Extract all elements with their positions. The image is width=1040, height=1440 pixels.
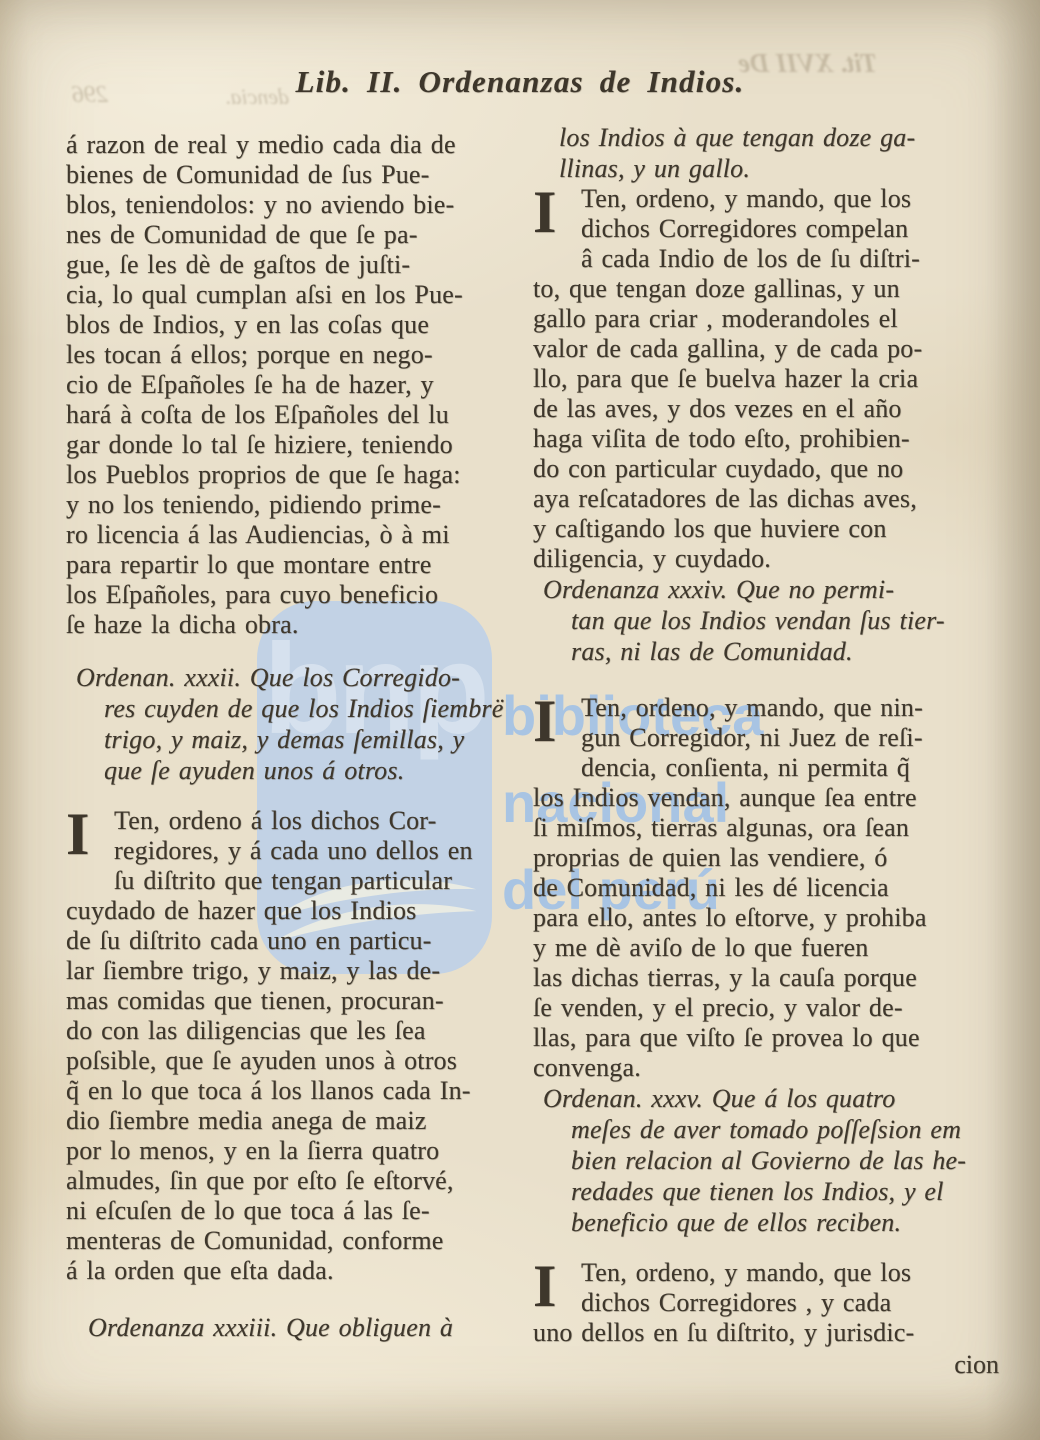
text-line: to, que tengan doze gallinas, y un xyxy=(533,274,1005,304)
text-line: los Pueblos proprios de que ſe haga: xyxy=(66,460,518,490)
text-line: ſu diſtrito que tengan particular xyxy=(66,866,518,896)
text-line: gar donde lo tal ſe hiziere, teniendo xyxy=(66,430,518,460)
text-line: ſi miſmos, tierras algunas, ora ſean xyxy=(533,813,1005,843)
text-line: convenga. xyxy=(533,1053,1005,1083)
ordinance-heading-xxxiv: Ordenanza xxxiv. Que no permi-tan que lo… xyxy=(533,574,1005,667)
text-line: y me dè aviſo de lo que fueren xyxy=(533,933,1005,963)
text-line: meſes de aver tomado poſſeſsion em xyxy=(571,1114,1005,1145)
text-line: regidores, y á cada uno dellos en xyxy=(66,836,518,866)
text-line: dencia, conſienta, ni permita q̃ xyxy=(533,753,1005,783)
right-column: los Indios à que tengan doze ga-llinas, … xyxy=(533,122,1005,1380)
text-line: para ello, antes lo eſtorve, y prohiba xyxy=(533,903,1005,933)
text-line: ni eſcuſen de lo que toca á las ſe- xyxy=(66,1196,518,1226)
text-line: los Indios à que tengan doze ga- xyxy=(559,122,1005,153)
text-line: do con particular cuydado, que no xyxy=(533,454,1005,484)
text-line: á razon de real y medio cada dia de xyxy=(66,130,518,160)
text-line: de Comunidad, ni les dé licencia xyxy=(533,873,1005,903)
text-line: redades que tienen los Indios, y el xyxy=(571,1176,1005,1207)
text-line: que ſe ayuden unos á otros. xyxy=(104,755,518,786)
text-line: Ordenan. xxxii. Que los Corregido- xyxy=(76,662,518,693)
text-line: lar ſiembre trigo, y maiz, y las de- xyxy=(66,956,518,986)
text-line: y no los teniendo, pidiendo prime- xyxy=(66,490,518,520)
text-line: les tocan á ellos; porque en nego- xyxy=(66,340,518,370)
ordinance-heading-xxxiii: Ordenanza xxxiii. Que obliguen à xyxy=(66,1312,518,1343)
text-line: menteras de Comunidad, conforme xyxy=(66,1226,518,1256)
text-line: Ten, ordeno á los dichos Cor- xyxy=(66,806,518,836)
text-line: y caſtigando los que huviere con xyxy=(533,514,1005,544)
text-line: las dichas tierras, y la cauſa porque xyxy=(533,963,1005,993)
text-line: tan que los Indios vendan ſus tier- xyxy=(571,605,1005,636)
text-line: dichos Corregidores , y cada xyxy=(533,1288,1005,1318)
text-line: ſe venden, y el precio, y valor de- xyxy=(533,993,1005,1023)
text-line: diligencia, y cuydado. xyxy=(533,544,1005,574)
left-column: á razon de real y medio cada dia debiene… xyxy=(66,130,518,1343)
text-line: Ten, ordeno, y mando, que los xyxy=(533,1258,1005,1288)
ordinance-paragraph-xxxv: I Ten, ordeno, y mando, que losdichos Co… xyxy=(533,1258,1005,1348)
text-line: á la orden que eſta dada. xyxy=(66,1256,518,1286)
text-line: blos, teniendolos: y no aviendo bie- xyxy=(66,190,518,220)
text-line: almudes, ſin que por eſto ſe eſtorvé, xyxy=(66,1166,518,1196)
text-line: blos de Indios, y en las coſas que xyxy=(66,310,518,340)
text-line: nes de Comunidad de que ſe pa- xyxy=(66,220,518,250)
text-line: Ordenan. xxxv. Que á los quatro xyxy=(543,1083,1005,1114)
text-line: llo, para que ſe buelva hazer la cria xyxy=(533,364,1005,394)
drop-cap-initial: I xyxy=(533,1261,573,1311)
text-line: gun Corregidor, ni Juez de reſi- xyxy=(533,723,1005,753)
paragraph-continuation: á razon de real y medio cada dia debiene… xyxy=(66,130,518,640)
text-line: Ordenanza xxxiv. Que no permi- xyxy=(543,574,1005,605)
text-line: gue, ſe les dè de gaſtos de juſti- xyxy=(66,250,518,280)
text-line: bienes de Comunidad de ſus Pue- xyxy=(66,160,518,190)
text-line: trigo, y maiz, y demas ſemillas, y xyxy=(104,724,518,755)
text-line: cia, lo qual cumplan aſsi en los Pue- xyxy=(66,280,518,310)
ordinance-paragraph-xxxii: I Ten, ordeno á los dichos Cor-regidores… xyxy=(66,806,518,1286)
ordinance-heading-xxxiii-continued: los Indios à que tengan doze ga-llinas, … xyxy=(533,122,1005,184)
text-line: res cuyden de que los Indios ſiembrë xyxy=(104,693,518,724)
text-line: beneficio que de ellos reciben. xyxy=(571,1207,1005,1238)
text-line: llinas, y un gallo. xyxy=(559,153,1005,184)
text-line: do con las diligencias que les ſea xyxy=(66,1016,518,1046)
text-line: ro licencia á las Audiencias, ò à mi xyxy=(66,520,518,550)
text-line: Ten, ordeno, y mando, que nin- xyxy=(533,693,1005,723)
ordinance-paragraph-xxxiv: I Ten, ordeno, y mando, que nin-gun Corr… xyxy=(533,693,1005,1083)
text-line: por lo menos, y en la ſierra quatro xyxy=(66,1136,518,1166)
text-line: uno dellos en ſu diſtrito, y jurisdic- xyxy=(533,1318,1005,1348)
text-line: de ſu diſtrito cada uno en particu- xyxy=(66,926,518,956)
text-line: valor de cada gallina, y de cada po- xyxy=(533,334,1005,364)
text-line: gallo para criar , moderandoles el xyxy=(533,304,1005,334)
text-line: para repartir lo que montare entre xyxy=(66,550,518,580)
text-line: los Eſpañoles, para cuyo beneficio xyxy=(66,580,518,610)
text-line: hará à coſta de los Eſpañoles del lu xyxy=(66,400,518,430)
running-header: Lib. II. Ordenanzas de Indios. xyxy=(0,64,1040,100)
text-line: haga viſita de todo eſto, prohibien- xyxy=(533,424,1005,454)
text-line: mas comidas que tienen, procuran- xyxy=(66,986,518,1016)
text-line: dichos Corregidores compelan xyxy=(533,214,1005,244)
text-line: â cada Indio de los de ſu diſtri- xyxy=(533,244,1005,274)
text-line: q̃ en lo que toca á los llanos cada In- xyxy=(66,1076,518,1106)
text-line: Ten, ordeno, y mando, que los xyxy=(533,184,1005,214)
text-line: cuydado de hazer que los Indios xyxy=(66,896,518,926)
text-line: bien relacion al Govierno de las he- xyxy=(571,1145,1005,1176)
text-line: Ordenanza xxxiii. Que obliguen à xyxy=(88,1312,518,1343)
text-line: llas, para que viſto ſe provea lo que xyxy=(533,1023,1005,1053)
ordinance-paragraph-xxxiii: I Ten, ordeno, y mando, que losdichos Co… xyxy=(533,184,1005,574)
ordinance-heading-xxxii: Ordenan. xxxii. Que los Corregido-res cu… xyxy=(66,662,518,786)
text-line: ras, ni las de Comunidad. xyxy=(571,636,1005,667)
drop-cap-initial: I xyxy=(66,809,106,875)
drop-cap-initial: I xyxy=(533,187,573,253)
text-line: proprias de quien las vendiere, ó xyxy=(533,843,1005,873)
text-line: poſsible, que ſe ayuden unos à otros xyxy=(66,1046,518,1076)
text-line: cio de Eſpañoles ſe ha de hazer, y xyxy=(66,370,518,400)
text-line: ſe haze la dicha obra. xyxy=(66,610,518,640)
text-line: aya reſcatadores de las dichas aves, xyxy=(533,484,1005,514)
scanned-book-page: 296 dencia. Tit. XVII De bnp biblioteca … xyxy=(0,0,1040,1440)
text-line: de las aves, y dos vezes en el año xyxy=(533,394,1005,424)
drop-cap-initial: I xyxy=(533,696,573,762)
ordinance-heading-xxxv: Ordenan. xxxv. Que á los quatromeſes de … xyxy=(533,1083,1005,1238)
text-line: dio ſiembre media anega de maiz xyxy=(66,1106,518,1136)
text-line: los Indios vendan, aunque ſea entre xyxy=(533,783,1005,813)
catchword: cion xyxy=(533,1350,1005,1380)
